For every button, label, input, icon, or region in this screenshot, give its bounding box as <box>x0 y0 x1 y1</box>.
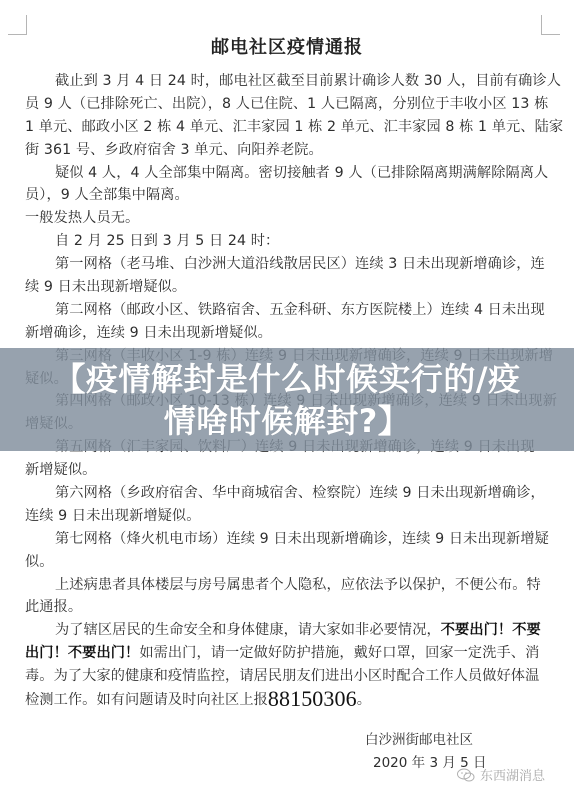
grid-7-line: 第七网格（烽火机电市场）连续 9 日未出现新增确诊，连续 9 日未出现新增疑 <box>25 528 545 551</box>
privacy-line: 此通报。 <box>25 596 545 619</box>
notice-text: 。 <box>357 692 371 708</box>
document-title: 邮电社区疫情通报 <box>0 33 574 59</box>
grid-7-line: 似。 <box>25 551 545 574</box>
body-line: 1 单元、邮政小区 2 栋 4 单元、汇丰家园 1 栋 2 单元、汇丰家园 8 … <box>25 116 545 139</box>
stay-home-emphasis: 不要出门！不要 <box>441 622 541 638</box>
grid-2-line: 第二网格（邮政小区、铁路宿舍、五金科研、东方医院楼上）连续 4 日未出现 <box>25 299 545 322</box>
body-line: 一般发热人员无。 <box>25 207 545 230</box>
page-corner-mark-top-right <box>541 15 560 35</box>
body-line: 自 2 月 25 日到 3 月 5 日 24 时： <box>25 230 545 253</box>
grid-2-line: 新增确诊，连续 9 日未出现新增疑似。 <box>25 322 545 345</box>
notice-line: 出门！不要出门！如需出门，请一定做好防护措施，戴好口罩，回家一定洗手、消 <box>25 642 545 665</box>
grid-6-line: 第六网格（乡政府宿舍、华中商城宿舍、检察院）连续 9 日未出现新增确诊， <box>25 482 545 505</box>
grid-1-line: 第一网格（老马堆、白沙洲大道沿线散居民区）连续 3 日未出现新增确诊，连 <box>25 253 545 276</box>
privacy-line: 上述病患者具体楼层与房号属患者个人隐私，应依法予以保护，不便公布。特 <box>25 574 545 597</box>
banner-headline-line: 【疫情解封是什么时候实行的/疫 <box>53 358 520 400</box>
stay-home-emphasis: 出门！不要出门！ <box>25 645 139 661</box>
headline-banner: 【疫情解封是什么时候实行的/疫 情啥时候解封?】 <box>0 348 574 451</box>
page-corner-mark-top-left <box>8 15 27 35</box>
body-line: 员），9 人全部集中隔离。 <box>25 184 545 207</box>
notice-line: 为了辖区居民的生命安全和身体健康，请大家如非必要情况，不要出门！不要 <box>25 619 545 642</box>
grid-5-line: 新增疑似。 <box>25 459 545 482</box>
grid-6-line: 连续 9 日未出现新增疑似。 <box>25 505 545 528</box>
source-watermark: 东西湖消息 <box>456 765 545 784</box>
body-line: 疑似 4 人，4 人全部集中隔离。密切接触者 9 人（已排除隔离期满解除隔离人 <box>25 162 545 185</box>
body-line: 截止到 3 月 4 日 24 时，邮电社区截至目前累计确诊人数 30 人，目前有… <box>25 70 545 93</box>
hotline-number: 88150306 <box>268 686 357 711</box>
notice-line: 毒。为了大家的健康和疫情监控，请居民朋友们进出小区时配合工作人员做好体温 <box>25 665 545 688</box>
notice-text: 如需出门，请一定做好防护措施，戴好口罩，回家一定洗手、消 <box>139 645 539 661</box>
watermark-text: 东西湖消息 <box>480 765 545 784</box>
body-line: 员 9 人（已排除死亡、出院），8 人已住院、1 人已隔离，分别位于丰收小区 1… <box>25 93 545 116</box>
signature-org: 白沙洲街邮电社区 <box>365 729 487 752</box>
notice-text: 检测工作。如有问题请及时向社区上报 <box>25 692 268 708</box>
wechat-icon <box>456 767 476 783</box>
notice-text: 为了辖区居民的生命安全和身体健康，请大家如非必要情况， <box>55 622 441 638</box>
notice-line: 检测工作。如有问题请及时向社区上报88150306。 <box>25 688 545 711</box>
grid-1-line: 续 9 日未出现新增疑似。 <box>25 276 545 299</box>
body-line: 街 361 号、乡政府宿舍 3 单元、向阳养老院。 <box>25 139 545 162</box>
banner-headline-line: 情啥时候解封?】 <box>164 400 411 442</box>
